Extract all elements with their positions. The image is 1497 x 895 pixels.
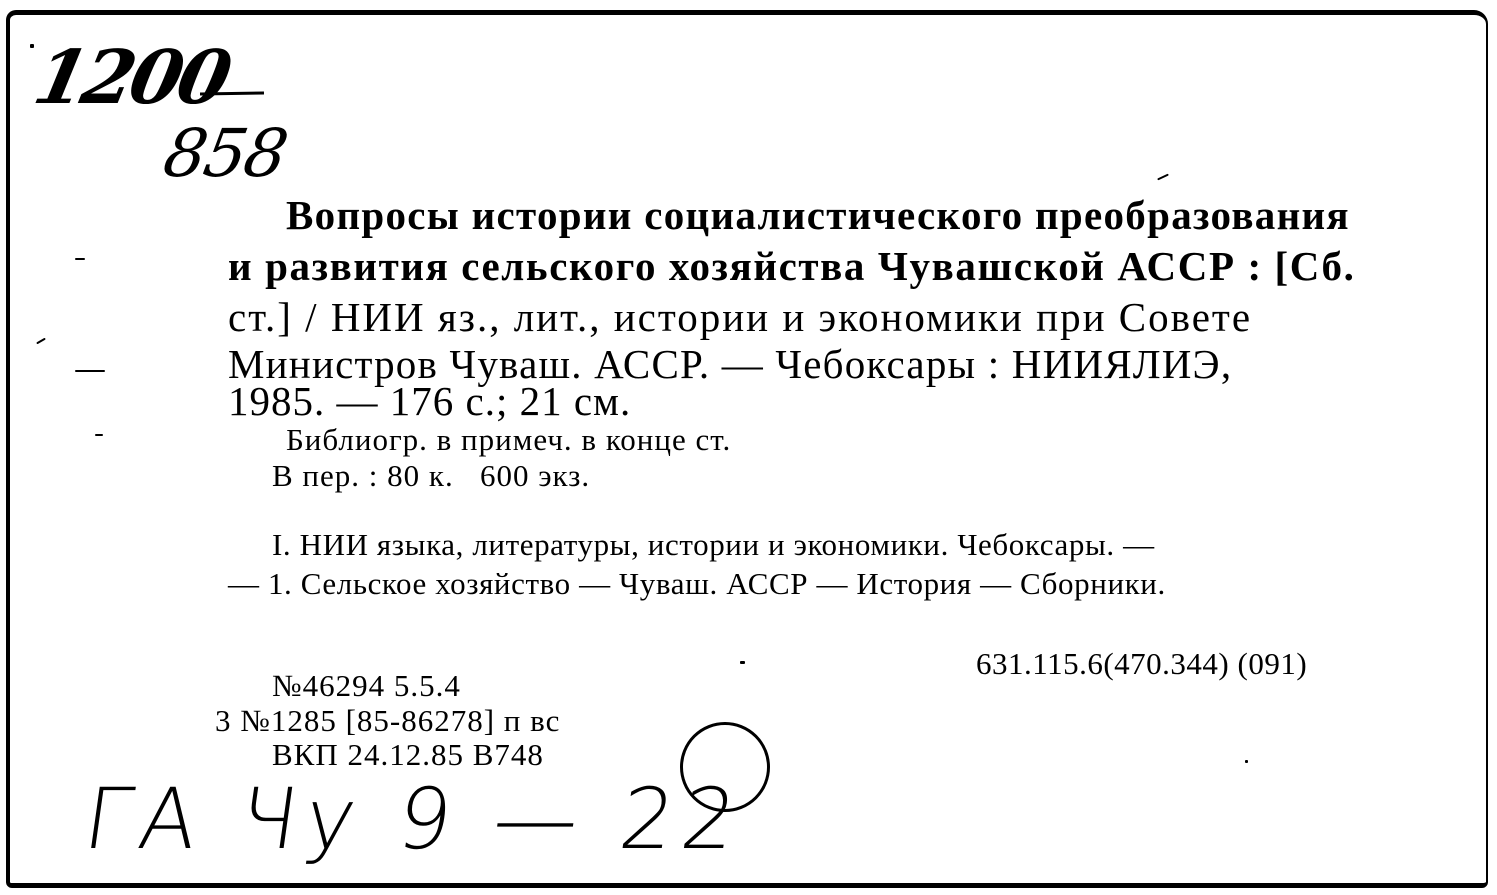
description-line-3: ст.] / НИИ яз., лит., истории и экономик… [228, 293, 1252, 341]
scan-speck [75, 258, 85, 260]
title-line-1: Вопросы истории социалистического преобр… [286, 191, 1350, 239]
scan-speck [75, 370, 105, 372]
bibliography-note: Библиогр. в примеч. в конце ст. [286, 422, 731, 458]
title-line-2: и развития сельского хозяйства Чувашской… [228, 242, 1355, 290]
order-number: №46294 5.5.4 [272, 668, 461, 704]
tracing-line-1: I. НИИ языка, литературы, истории и экон… [272, 527, 1155, 563]
scan-speck [30, 44, 34, 48]
scan-speck [740, 661, 745, 664]
scan-speck [1245, 760, 1248, 763]
handwritten-call-number-bottom: 858 [158, 115, 292, 192]
book-chamber-stamp: ВКП 24.12.85 В748 [272, 737, 544, 773]
scan-speck [95, 434, 103, 436]
description-line-5: 1985. — 176 с.; 21 см. [228, 377, 631, 425]
handwritten-archive-mark: ГА Чу 9 — 22 [78, 770, 750, 868]
registration-number: 3 №1285 [85-86278] п вс [215, 703, 560, 739]
handwritten-call-number-top: 1200 [27, 35, 235, 121]
udc-classification: 631.115.6(470.344) (091) [976, 646, 1307, 682]
price-print-run: В пер. : 80 к. 600 экз. [272, 458, 590, 494]
tracing-line-2: — 1. Сельское хозяйство — Чуваш. АССР — … [228, 566, 1166, 602]
